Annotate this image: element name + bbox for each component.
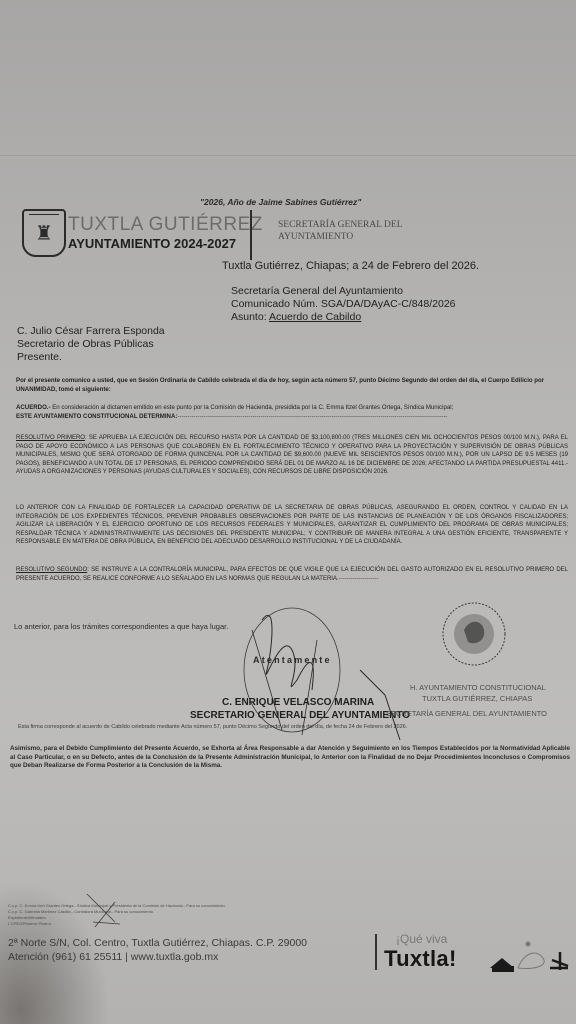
- comunicado-value: SGA/DA/DAyAC-C/848/2026: [321, 298, 456, 310]
- closing-paragraph: Asimismo, para el Debido Cumplimiento de…: [10, 745, 570, 771]
- resolutivo-segundo-label: RESOLUTIVO SEGUNDO: [16, 567, 87, 573]
- comunicado-label: Comunicado Núm.: [231, 298, 321, 310]
- tuxtla-landmarks-icon: [488, 938, 570, 974]
- department-line-1: SECRETARÍA GENERAL DEL: [278, 220, 403, 230]
- brand-subtitle: AYUNTAMIENTO 2024-2027: [68, 236, 236, 251]
- issuer: Secretaría General del Ayuntamiento: [231, 285, 403, 297]
- slogan-big: Tuxtla!: [384, 946, 457, 972]
- unanimidad: UNANIMIDAD: [16, 386, 55, 393]
- ccp-line: C.c.p. C. Gabriela Martínez Castillo.- C…: [8, 909, 154, 914]
- addressee-role: Secretario de Obras Públicas: [17, 338, 154, 350]
- date-line: Tuxtla Gutiérrez, Chiapas; a 24 de Febre…: [222, 260, 479, 272]
- asunto: Asunto: Acuerdo de Cabildo: [231, 311, 361, 323]
- acuerdo-determina: ESTE AYUNTAMIENTO CONSTITUCIONAL DETERMI…: [16, 413, 177, 420]
- asunto-label: Asunto:: [231, 311, 269, 323]
- ccp-line: L'CPEO/Pizarro/ Pizarro: [8, 921, 51, 926]
- stamp-line-2: TUXTLA GUTIÉRREZ, CHIAPAS: [422, 694, 532, 703]
- municipal-shield-icon: ♜: [22, 209, 66, 257]
- header-divider: [250, 210, 252, 260]
- signer-name: C. ENRIQUE VELASCO MARINA: [222, 697, 374, 708]
- lugar-line: Lo anterior, para los trámites correspon…: [14, 622, 228, 631]
- finalidad-paragraph: LO ANTERIOR CON LA FINALIDAD DE FORTALEC…: [16, 504, 568, 547]
- footer-address: 2ª Norte S/N, Col. Centro, Tuxtla Gutiér…: [8, 937, 307, 949]
- asunto-value: Acuerdo de Cabildo: [269, 311, 361, 323]
- addressee-greeting: Presente.: [17, 351, 62, 363]
- resolutivo-primero: RESOLUTIVO PRIMERO: SE APRUEBA LA EJECUC…: [16, 434, 568, 477]
- department-line-2: AYUNTAMIENTO: [278, 232, 353, 242]
- year-motto: "2026, Año de Jaime Sabines Gutiérrez": [200, 197, 361, 207]
- signer-role: SECRETARIO GENERAL DEL AYUNTAMIENTO: [190, 710, 410, 721]
- stamp-line-3: SECRETARÍA GENERAL DEL AYUNTAMIENTO: [386, 709, 547, 718]
- intro-paragraph: Por el presente comunico a usted, que en…: [16, 377, 568, 394]
- footer-divider: [375, 934, 377, 970]
- slogan-small: ¡Qué viva: [396, 932, 447, 946]
- brand-title: TUXTLA GUTIÉRREZ: [68, 214, 263, 236]
- comunicado-number: Comunicado Núm. SGA/DA/DAyAC-C/848/2026: [231, 298, 456, 310]
- mexican-coat-of-arms-seal-icon: [440, 600, 508, 668]
- signature-note: Esta firma corresponde al acuerdo de Cab…: [18, 724, 407, 730]
- ccp-line: Expediente/Minutario.: [8, 915, 47, 920]
- acuerdo-label: ACUERDO.-: [16, 404, 51, 411]
- acuerdo-paragraph: ACUERDO.- En consideración al dictamen e…: [16, 404, 568, 421]
- paper-edge: [0, 155, 576, 156]
- resolutivo-segundo: RESOLUTIVO SEGUNDO: SE INSTRUYE A LA CON…: [16, 566, 568, 583]
- resolutivo-primero-label: RESOLUTIVO PRIMERO: [16, 435, 85, 441]
- initials-scribble-icon: [85, 892, 125, 932]
- addressee-name: C. Julio César Farrera Esponda: [17, 325, 165, 337]
- footer-contact: Atención (961) 61 25511 | www.tuxtla.gob…: [8, 951, 218, 963]
- closing-atentamente: Atentamente: [253, 655, 332, 665]
- stamp-line-1: H. AYUNTAMIENTO CONSTITUCIONAL: [410, 683, 546, 692]
